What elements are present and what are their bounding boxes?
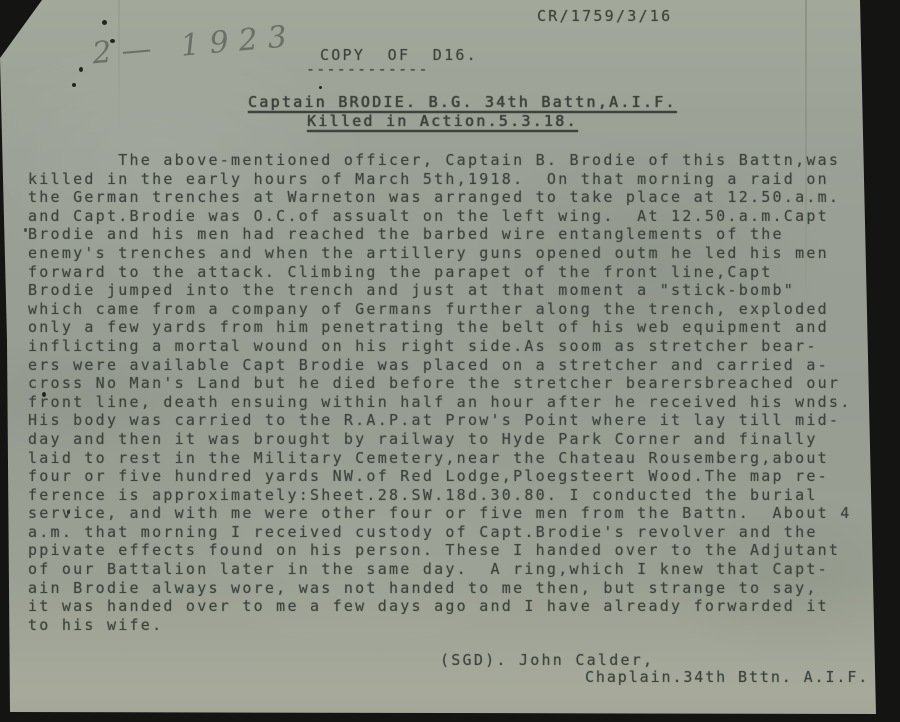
body-text-line: Brodie and his men had reached the barbe…: [28, 225, 878, 244]
document-title-line2: Killed in Action.5.3.18.: [307, 112, 578, 130]
body-text-line: it was handed over to me a few days ago …: [28, 597, 878, 616]
body-text-line: only a few yards from him penetrating th…: [28, 318, 878, 337]
paper-speck: [79, 67, 83, 72]
body-text-line: front line, death ensuing within half an…: [28, 393, 878, 412]
paper-speck: [24, 228, 27, 232]
body-text-line: enemy's trenches and when the artillery …: [28, 244, 878, 263]
file-reference: CR/1759/3/16: [537, 7, 672, 25]
body-text-line: ference is approximately:Sheet.28.SW.18d…: [28, 486, 878, 505]
document-title-line1: Captain BRODIE. B.G. 34th Battn,A.I.F.: [248, 93, 677, 111]
fold-crease: [118, 0, 120, 140]
copy-header-underline: ------------: [306, 60, 429, 78]
body-text-line: inflicting a mortal wound on his right s…: [28, 337, 878, 356]
body-text-line: which came from a company of Germans fur…: [28, 300, 878, 319]
body-text-line: a.m. that morning I received custody of …: [28, 523, 878, 542]
body-text-line: to his wife.: [28, 616, 878, 635]
body-text-line: ppivate effects found on his person. The…: [28, 541, 878, 560]
paper-speck: [72, 83, 76, 87]
body-text-line: The above-mentioned officer, Captain B. …: [28, 151, 878, 170]
body-text-line: of our Battalion later in the same day. …: [28, 560, 878, 579]
body-text-line: ain Brodie always wore, was not handed t…: [28, 579, 878, 598]
body-text-line: Brodie jumped into the trench and just a…: [28, 281, 878, 300]
paper-speck: [102, 20, 107, 25]
body-text-line: forward to the attack. Climbing the para…: [28, 263, 878, 282]
signature-name: (SGD). John Calder,: [440, 651, 654, 669]
body-text-line: service, and with me were other four or …: [28, 504, 878, 523]
scanned-document-page: 2— 1923 CR/1759/3/16 COPY OF D16. ------…: [0, 0, 900, 722]
body-text-line: day and then it was brought by railway t…: [28, 430, 878, 449]
body-text-line: the German trenches at Warneton was arra…: [28, 188, 878, 207]
signature-rank: Chaplain.34th Bttn. A.I.F.: [585, 668, 869, 686]
body-text-line: and Capt.Brodie was O.C.of assualt on th…: [28, 207, 878, 226]
body-text-line: killed in the early hours of March 5th,1…: [28, 170, 878, 189]
body-text-line: cross No Man's Land but he died before t…: [28, 374, 878, 393]
body-text-line: ers were available Capt Brodie was place…: [28, 356, 878, 375]
body-text-line: four or five hundred yards NW.of Red Lod…: [28, 467, 878, 486]
body-text-line: His body was carried to the R.A.P.at Pro…: [28, 411, 878, 430]
paper-speck: [319, 86, 322, 89]
body-paragraph: The above-mentioned officer, Captain B. …: [28, 151, 878, 634]
body-text-line: laid to rest in the Military Cemetery,ne…: [28, 449, 878, 468]
